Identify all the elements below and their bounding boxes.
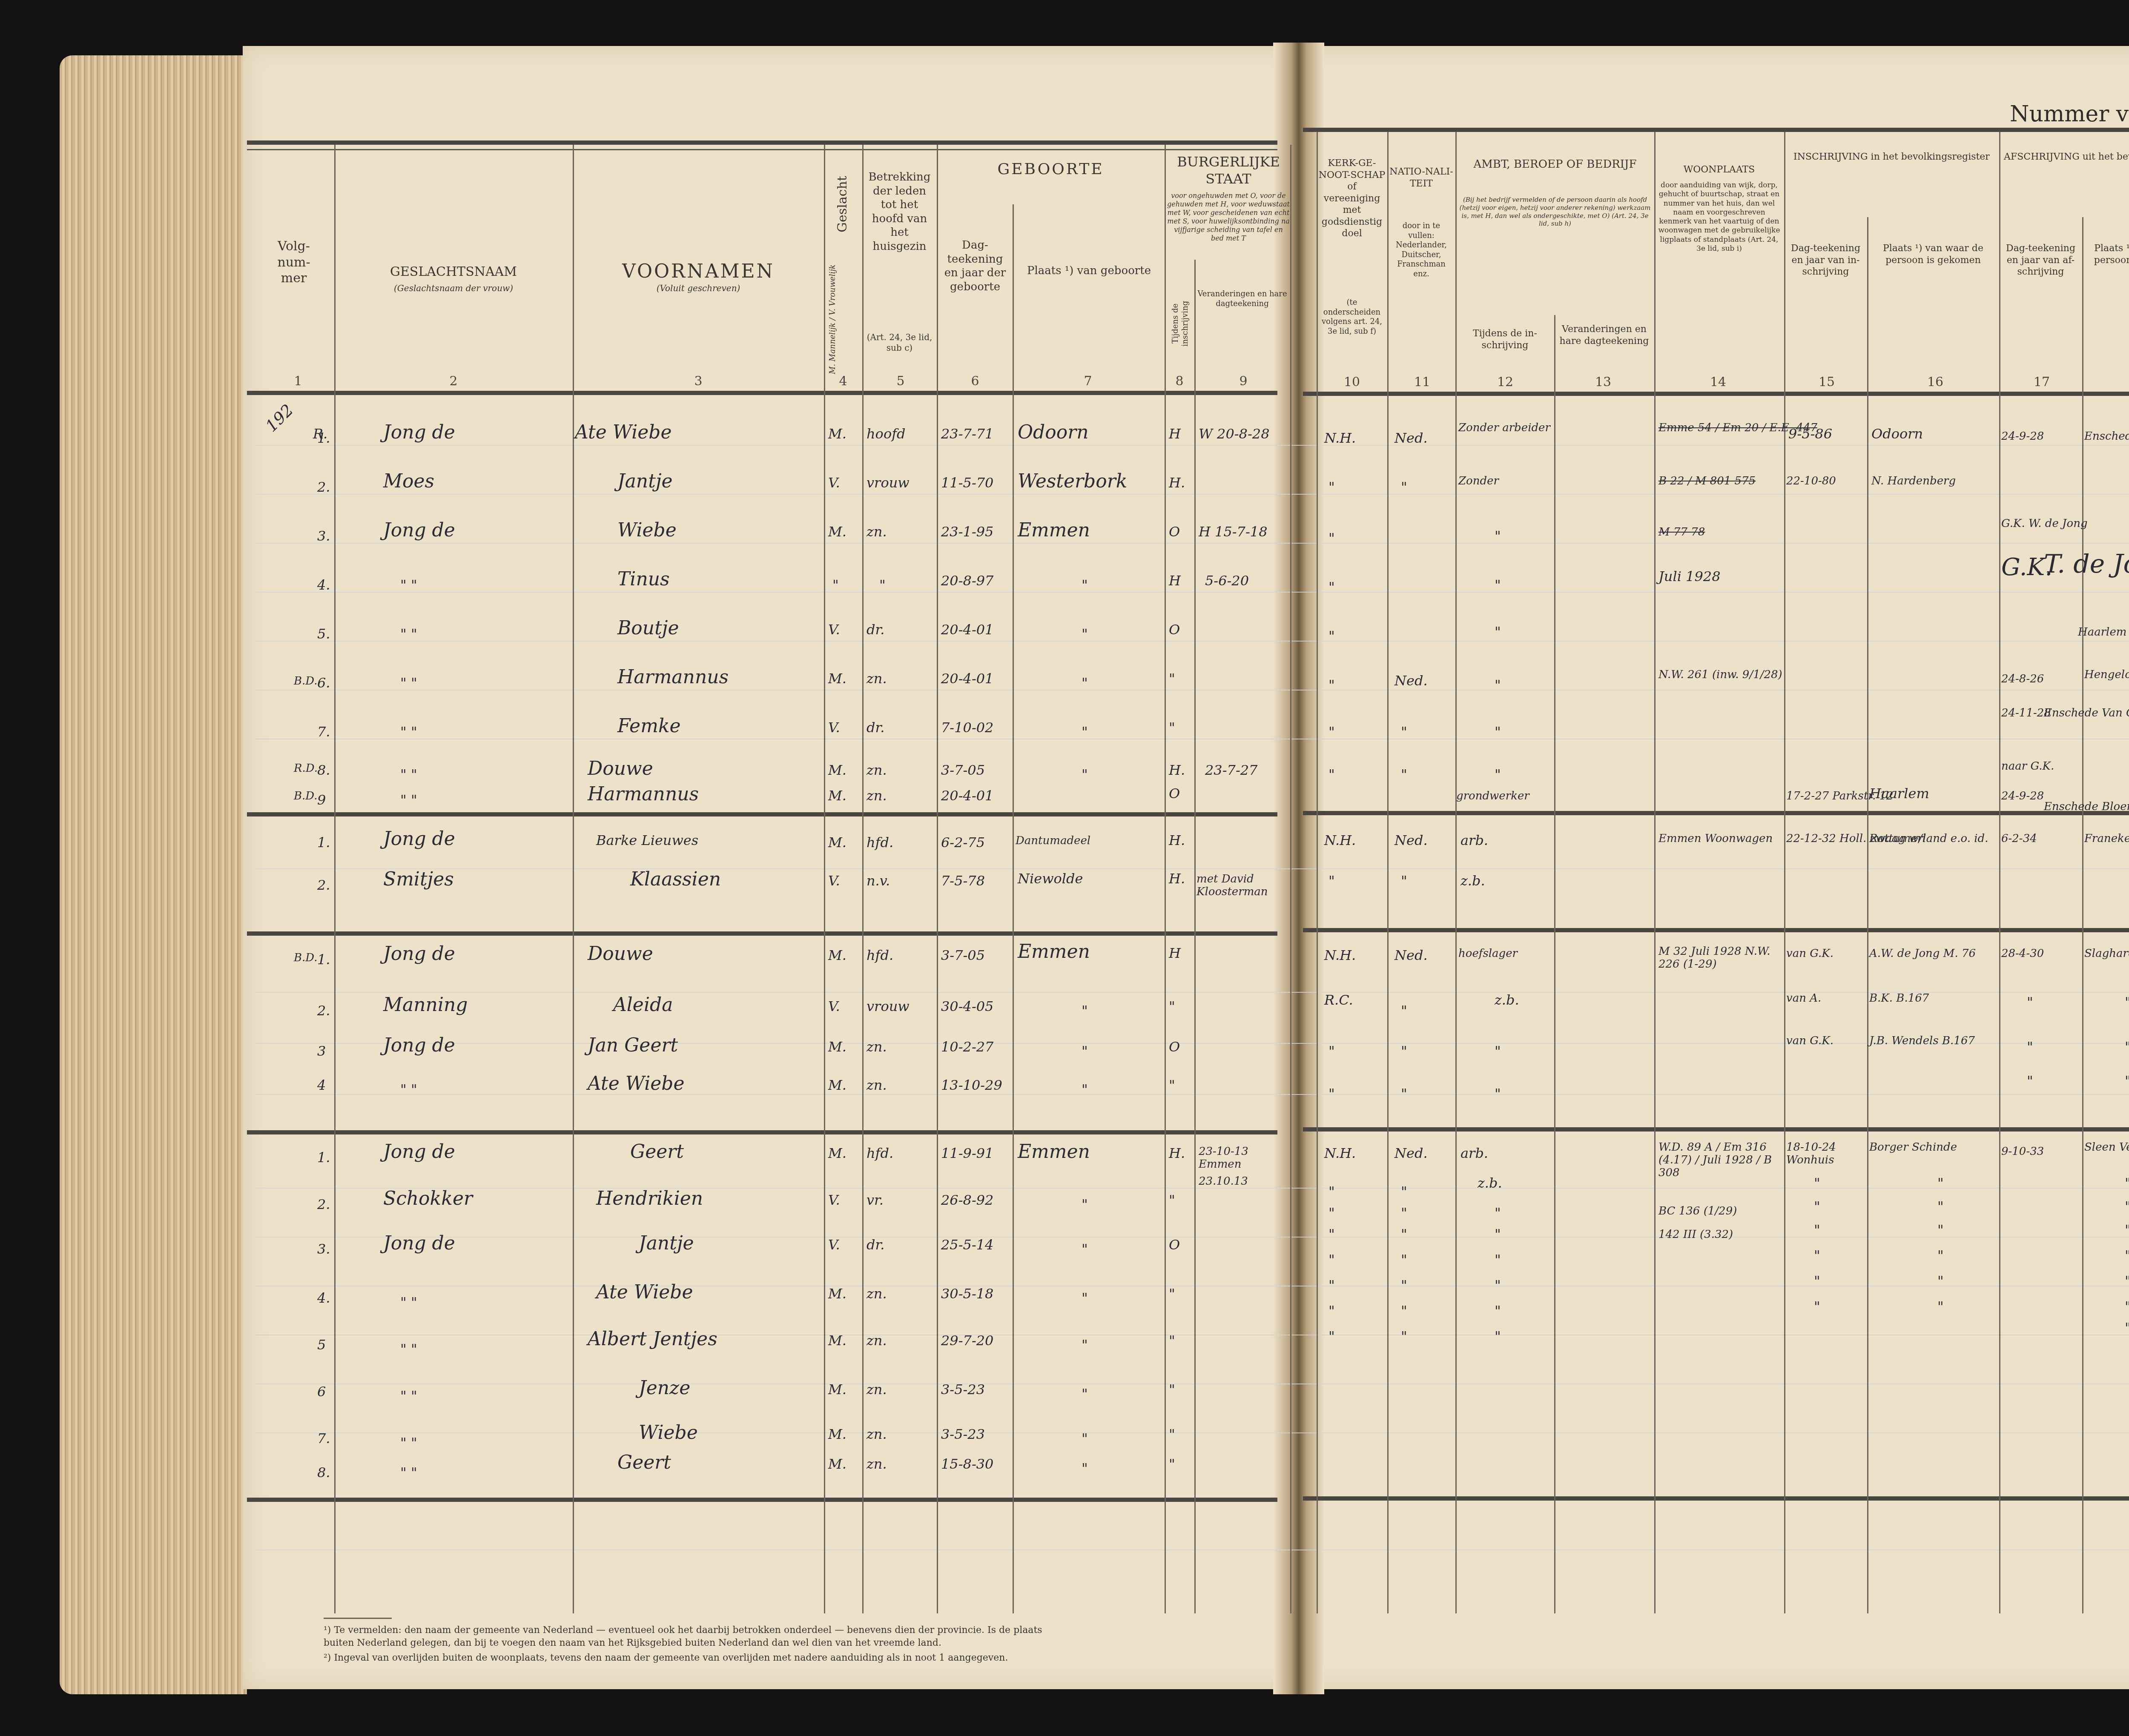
header-ambt-tijdens: Tijdens de in-schrijving: [1457, 328, 1553, 351]
surname: Jong de: [383, 943, 455, 965]
civil-status: ": [1169, 1286, 1175, 1302]
relation: zn.: [867, 1286, 887, 1302]
household-separator: [247, 931, 1277, 936]
sex: M.: [828, 1145, 846, 1161]
birth-date: 6-2-75: [941, 834, 985, 851]
occupation: ": [1495, 766, 1501, 782]
header-nationaliteit-sub: door in te vullen: Nederlander, Duitsche…: [1389, 221, 1454, 279]
surname: Jong de: [383, 1141, 455, 1163]
surname: " ": [400, 626, 417, 642]
civil-status-change: W 20-8-28: [1199, 426, 1269, 442]
church: N.H.: [1324, 1145, 1356, 1161]
nationality: ": [1401, 1277, 1407, 1293]
residence: W.D. 89 A / Em 316 (4.17) / Juli 1928 / …: [1658, 1141, 1780, 1179]
birth-date: 29-7-20: [941, 1332, 993, 1349]
registration-from: ": [1937, 1298, 1944, 1315]
ruled-line: [255, 1188, 2129, 1189]
birth-date: 23-1-95: [941, 524, 993, 540]
deregistration-to: ": [2125, 1247, 2129, 1263]
nationality: ": [1401, 873, 1407, 889]
registration-date: 9-5-86: [1788, 426, 1832, 442]
surname: Manning: [383, 994, 468, 1016]
header-top-rule-right: [1303, 128, 2129, 132]
relation: dr.: [867, 1237, 884, 1253]
church: N.H.: [1324, 832, 1356, 848]
deregistration-date: 9-10-33: [2001, 1145, 2044, 1158]
relation: hoofd: [867, 426, 905, 442]
sex: V.: [828, 622, 840, 638]
deregistration-to: T. de Jong: [2044, 549, 2129, 579]
relation: hfd.: [867, 834, 893, 851]
surname: " ": [400, 1081, 417, 1097]
deregistration-to: ": [2125, 1039, 2129, 1055]
occupation: ": [1495, 624, 1501, 640]
civil-status: H: [1169, 573, 1181, 589]
sex: V.: [828, 475, 840, 491]
church: ": [1328, 724, 1335, 740]
nationality: Ned.: [1394, 1145, 1428, 1161]
col-divider: [573, 145, 574, 1613]
nationality: Ned.: [1394, 832, 1428, 848]
deregistration-to: Enschede Bloemendaalstr. 7 Bouwwerijstr.…: [2044, 800, 2129, 813]
civil-status: H: [1169, 945, 1181, 961]
birth-date: 3-5-23: [941, 1381, 985, 1398]
birth-date: 20-8-97: [941, 573, 993, 589]
church: ": [1328, 1226, 1335, 1242]
footnote-1: ¹) Te vermelden: den naam der gemeente v…: [324, 1624, 1047, 1649]
ruled-line: [255, 1043, 2129, 1044]
church: ": [1328, 766, 1335, 782]
col-divider: [1554, 315, 1555, 1613]
birth-date: 20-4-01: [941, 788, 993, 804]
registration-from: A.W. de Jong M. 76: [1869, 947, 1993, 960]
civil-status: H.: [1169, 475, 1185, 491]
registration-from: ": [1937, 1222, 1944, 1238]
surname: Jong de: [383, 519, 455, 541]
sex: V.: [828, 998, 840, 1014]
sex: V.: [828, 1192, 840, 1208]
ruled-line: [255, 1094, 2129, 1095]
colnum-13: 13: [1592, 375, 1614, 390]
header-inschrijving-group: INSCHRIJVING in het bevolkingsregister: [1786, 151, 1997, 163]
residence: Juli 1928: [1658, 568, 1721, 584]
household-separator: [247, 1130, 1277, 1134]
header-ambt-veranderingen: Veranderingen en hare dagteekening: [1556, 324, 1652, 347]
colnum-2: 2: [445, 374, 462, 389]
birth-place: ": [1082, 1386, 1088, 1402]
header-geslachtsnaam: GESLACHTSNAAM: [336, 264, 571, 280]
registration-from: ": [1937, 1198, 1944, 1215]
birth-place: ": [1082, 1081, 1088, 1097]
deregistration-date: 24-9-28: [2001, 430, 2044, 443]
right-page: [1299, 46, 2129, 1689]
civil-status: O: [1169, 1237, 1180, 1253]
col-divider: [1867, 217, 1868, 1613]
church: ": [1328, 1205, 1335, 1221]
birth-date: 7-10-02: [941, 719, 993, 736]
civil-status: H.: [1169, 832, 1185, 848]
surname: " ": [400, 1464, 417, 1481]
civil-status: H.: [1169, 1145, 1185, 1161]
first-names: Geert: [630, 1141, 684, 1163]
header-burgerlijke-staat-group: BURGERLIJKE STAAT: [1167, 153, 1290, 187]
registration-from: B.K. B.167: [1869, 992, 1929, 1005]
ruled-line: [255, 1335, 2129, 1335]
registration-date: ": [1814, 1198, 1820, 1215]
nationality: ": [1401, 1252, 1407, 1268]
relation: vrouw: [867, 998, 910, 1014]
surname: Smitjes: [383, 868, 454, 890]
sex: V.: [828, 1237, 840, 1253]
registration-from: ": [1937, 1175, 1944, 1191]
church: ": [1328, 1328, 1335, 1344]
ruled-line: [255, 739, 2129, 739]
household-separator: [1303, 1127, 2129, 1132]
residence: BC 136 (1/29): [1658, 1205, 1737, 1217]
row-number: 8.: [317, 762, 330, 778]
birth-place: ": [1082, 1460, 1088, 1476]
col-divider: [862, 145, 864, 1613]
deregistration-to: ": [2125, 1298, 2129, 1315]
registration-date: ": [1814, 1298, 1820, 1315]
ruled-line: [255, 1384, 2129, 1384]
header-betrekking: Betrekking der leden tot het hoofd van h…: [864, 170, 935, 253]
occupation: ": [1495, 677, 1501, 693]
civil-status-change: met David Kloosterman: [1196, 873, 1290, 898]
birth-place: Emmen: [1018, 1141, 1090, 1163]
row-number: 2.: [317, 877, 330, 893]
nationality: ": [1401, 1003, 1407, 1019]
col-divider: [1290, 145, 1291, 1613]
sex: V.: [828, 719, 840, 736]
civil-status-change: 23.10.13: [1199, 1175, 1248, 1188]
first-names: Ate Wiebe: [596, 1281, 693, 1303]
birth-date: 7-5-78: [941, 873, 985, 889]
colnum-17: 17: [2031, 375, 2052, 390]
nationality: ": [1401, 1328, 1407, 1344]
registration-date: ": [1814, 1273, 1820, 1289]
deregistration-to: Enschede Bloemendaalstr. 7: [2084, 430, 2129, 443]
household-separator: [247, 1498, 1277, 1502]
deregistration-date: ": [2027, 994, 2033, 1010]
colnum-3: 3: [690, 374, 707, 389]
col-divider: [1013, 204, 1014, 1613]
birth-place: ": [1082, 724, 1088, 740]
civil-status: ": [1169, 1192, 1175, 1208]
row-number: 4.: [317, 1290, 330, 1306]
sex: M.: [828, 670, 846, 687]
occupation: z.b.: [1478, 1175, 1502, 1191]
col-divider: [937, 145, 938, 1613]
first-names: Geert: [617, 1452, 671, 1473]
occupation: ": [1495, 724, 1501, 740]
relation: hfd.: [867, 1145, 893, 1161]
civil-status-change: 23-10-13 Emmen: [1199, 1145, 1284, 1171]
col-divider: [2082, 217, 2083, 1613]
ruled-line: [255, 445, 2129, 446]
birth-date: 11-9-91: [941, 1145, 993, 1161]
birth-place: ": [1082, 626, 1088, 642]
deregistration-to: Slagharen Barnflair: [2084, 947, 2129, 960]
deregistration-date: 24-8-26: [2001, 673, 2044, 685]
registration-from: Odoorn: [1871, 426, 1923, 442]
row-number: 5: [317, 1337, 326, 1353]
first-names: Douwe: [588, 943, 653, 965]
birth-place: ": [1082, 1241, 1088, 1257]
surname: " ": [400, 1435, 417, 1451]
header-inschrijving-plaats: Plaats ¹) van waar de persoon is gekomen: [1869, 243, 1997, 266]
birth-place: ": [1082, 766, 1088, 782]
deregistration-to: ": [2125, 1073, 2129, 1089]
occupation: ": [1495, 528, 1501, 544]
household-separator: [247, 812, 1277, 816]
ruled-line: [255, 1237, 2129, 1238]
registration-from: Borger Schinde: [1869, 1141, 1993, 1154]
registration-date: ": [1814, 1175, 1820, 1191]
burgerlijke-staat-note: voor ongehuwden met O, voor de gehuwden …: [1167, 192, 1290, 243]
colnum-4: 4: [835, 374, 852, 389]
row-mark: B.D.: [294, 790, 318, 802]
first-names: Boutje: [617, 617, 679, 639]
first-names: Klaassien: [630, 868, 721, 890]
deregistration-to: Sleen Veenoord: [2084, 1141, 2129, 1154]
relation: zn.: [867, 1381, 887, 1398]
ruled-line: [255, 641, 2129, 642]
ruled-line: [255, 868, 2129, 869]
first-names: Tinus: [617, 568, 670, 590]
relation: zn.: [867, 670, 887, 687]
colnum-9: 9: [1235, 374, 1252, 389]
birth-date: 3-7-05: [941, 947, 985, 963]
household-separator: [1303, 811, 2129, 815]
surname: Jong de: [383, 421, 455, 443]
occupation: arb.: [1460, 832, 1488, 848]
header-voornamen-sub: (Voluit geschreven): [575, 283, 822, 294]
residence: B 22 / M 801 575: [1658, 475, 1756, 487]
col-divider: [1999, 132, 2000, 1613]
occupation: ": [1495, 1328, 1501, 1344]
header-voornamen: VOORNAMEN: [575, 260, 822, 283]
sex: M.: [828, 1039, 846, 1055]
civil-status: ": [1169, 1077, 1175, 1093]
deregistration-to: Haarlem Parkstr. 12: [2078, 626, 2129, 639]
surname: " ": [400, 766, 417, 782]
colnum-8: 8: [1171, 374, 1188, 389]
relation: dr.: [867, 719, 884, 736]
first-names: Femke: [617, 715, 681, 737]
birth-place: ": [1082, 1337, 1088, 1353]
birth-date: 20-4-01: [941, 670, 993, 687]
nationality: Ned.: [1394, 673, 1428, 689]
first-names: Albert Jentjes: [588, 1328, 717, 1350]
col-divider: [824, 145, 825, 1613]
occupation: z.b.: [1460, 873, 1485, 889]
birth-place: ": [1082, 1290, 1088, 1306]
surname: " ": [400, 792, 417, 808]
sex: M.: [828, 834, 846, 851]
row-number: 2.: [317, 479, 330, 495]
occupation: ": [1495, 1252, 1501, 1268]
registration-date: ": [1814, 1222, 1820, 1238]
row-number: 8.: [317, 1464, 330, 1481]
colnum-16: 16: [1925, 375, 1946, 390]
first-names: Jan Geert: [588, 1034, 678, 1056]
row-number: 1.: [317, 1149, 330, 1166]
civil-status-change: 5-6-20: [1205, 573, 1249, 589]
colnum-10: 10: [1341, 375, 1363, 390]
relation: zn.: [867, 1077, 887, 1093]
birth-date: 26-8-92: [941, 1192, 993, 1208]
col-divider: [1654, 132, 1656, 1613]
nationality: ": [1401, 724, 1407, 740]
header-woonplaats-sub: door aanduiding van wijk, dorp, gehucht …: [1656, 181, 1782, 253]
header-geboorte-plaats: Plaats ¹) van geboorte: [1016, 264, 1162, 278]
first-names: Jantje: [639, 1232, 694, 1254]
first-names: Barke Lieuwes: [596, 832, 698, 848]
first-names: Harmannus: [617, 666, 729, 688]
occupation: z.b.: [1495, 992, 1519, 1008]
civil-status: H.: [1169, 762, 1185, 778]
occupation: Zonder arbeider: [1458, 421, 1550, 434]
occupation: grondwerker: [1456, 790, 1529, 802]
header-kerkgenootschap: KERK-GE-NOOT-SCHAP of vereeniging met go…: [1318, 158, 1386, 240]
relation: zn.: [867, 1332, 887, 1349]
header-woonplaats: WOONPLAATS: [1656, 164, 1782, 176]
church: R.C.: [1324, 992, 1353, 1008]
birth-place: ": [1082, 1430, 1088, 1447]
col-divider: [1784, 132, 1785, 1613]
registration-from: ": [1937, 1247, 1944, 1263]
first-names: Wiebe: [617, 519, 677, 541]
nationality: ": [1401, 1043, 1407, 1059]
row-number: 2.: [317, 1196, 330, 1212]
birth-place: Emmen: [1018, 941, 1090, 963]
registration-from: Rottumerland e.o. id.: [1869, 832, 1988, 845]
birth-place: Emmen: [1018, 519, 1090, 541]
civil-status: H: [1169, 426, 1181, 442]
birth-date: 15-8-30: [941, 1456, 993, 1472]
civil-status: ": [1169, 1381, 1175, 1398]
surname: Jong de: [383, 1232, 455, 1254]
first-names: Ate Wiebe: [575, 421, 671, 443]
col-divider: [1165, 145, 1166, 1613]
header-afschrijving-datum: Dag-teekening en jaar van af-schrijving: [2001, 243, 2080, 278]
relation: vr.: [867, 1192, 884, 1208]
birth-place: Niewolde: [1018, 871, 1083, 887]
occupation: ": [1495, 1043, 1501, 1059]
colnum-1: 1: [290, 374, 307, 389]
occupation: Zonder: [1458, 475, 1499, 487]
deregistration-to: Enschede Van Coevordenstr. 41 Bloemendaa…: [2044, 707, 2129, 719]
sex: M.: [828, 947, 846, 963]
nationality: Ned.: [1394, 947, 1428, 963]
registration-from: Haarlem: [1869, 785, 1929, 802]
header-volgnummer: Volg- num- mer: [255, 238, 332, 286]
colnum-14: 14: [1707, 375, 1729, 390]
deregistration-to: Hengelo (N.H.) Hoffmeweg 18: [2084, 668, 2129, 681]
col-divider: [1194, 260, 1196, 1613]
church: ": [1328, 1043, 1335, 1059]
occupation: ": [1495, 1086, 1501, 1102]
header-inschrijving-datum: Dag-teekening en jaar van in-schrijving: [1786, 243, 1865, 278]
occupation: ": [1495, 1205, 1501, 1221]
surname: " ": [400, 675, 417, 691]
surname: " ": [400, 724, 417, 740]
colnum-6: 6: [967, 374, 984, 389]
header-kerkgenootschap-sub: (te onderscheiden volgens art. 24, 3e li…: [1318, 298, 1386, 336]
church: ": [1328, 530, 1335, 546]
colnum-5: 5: [892, 374, 909, 389]
birth-place: ": [1082, 675, 1088, 691]
row-mark: B.D.: [294, 675, 318, 688]
header-ambt-group: AMBT, BEROEP OF BEDRIJF: [1457, 158, 1653, 172]
ruled-line: [255, 690, 2129, 690]
occupation: ": [1495, 1226, 1501, 1242]
residence: Emmen Woonwagen: [1658, 832, 1773, 845]
church: ": [1328, 479, 1335, 495]
sex: M.: [828, 426, 846, 442]
relation: zn.: [867, 1426, 887, 1442]
birth-date: 3-5-23: [941, 1426, 985, 1442]
header-top-rule-thin: [247, 149, 1277, 150]
header-geboorte-datum: Dag-teekening en jaar der geboorte: [939, 238, 1011, 294]
civil-status: O: [1169, 1039, 1180, 1055]
footnote-rule: [324, 1618, 392, 1619]
ruled-line: [255, 1550, 2129, 1550]
nationality: ": [1401, 1226, 1407, 1242]
header-geslachtsnaam-sub: (Geslachtsnaam der vrouw): [336, 283, 571, 294]
relation: vrouw: [867, 475, 910, 491]
ruled-line: [255, 1432, 2129, 1433]
residence: M 77 78: [1658, 526, 1705, 539]
row-number: 2.: [317, 1003, 330, 1019]
civil-status: ": [1169, 1456, 1175, 1472]
household-separator: [1303, 1496, 2129, 1501]
header-top-rule: [247, 140, 1277, 145]
sex: M.: [828, 1381, 846, 1398]
registration-from: N. Hardenberg: [1871, 475, 1956, 487]
church: ": [1328, 873, 1335, 889]
nationality: ": [1401, 1086, 1407, 1102]
header-bs-tijdens: Tijdens de inschrijving: [1171, 281, 1190, 366]
relation: zn.: [867, 1039, 887, 1055]
birth-date: 25-5-14: [941, 1237, 993, 1253]
colnum-7: 7: [1079, 374, 1096, 389]
col-divider: [1317, 132, 1318, 1613]
row-number: 3.: [317, 528, 330, 544]
birth-date: 23-7-71: [941, 426, 993, 442]
occupation: hoefslager: [1458, 947, 1518, 960]
header-geslacht: Geslacht: [835, 162, 851, 247]
surname: " ": [400, 1294, 417, 1310]
row-number: 6: [317, 1384, 326, 1400]
birth-place: Westerbork: [1018, 470, 1127, 492]
deregistration-date: ": [2027, 1073, 2033, 1089]
deregistration-to: ": [2125, 1222, 2129, 1238]
surname: Jong de: [383, 828, 455, 850]
civil-status: H.: [1169, 871, 1185, 887]
row-mark: R.D.: [294, 762, 318, 775]
header-afschrijving-group: AFSCHRIJVING uit het bevolkingsregister: [2001, 151, 2129, 163]
birth-place: Odoorn: [1018, 421, 1089, 443]
surname: Jong de: [383, 1034, 455, 1056]
sheet-number-label: Nummer van het blad: [2010, 101, 2129, 127]
first-names: Jantje: [617, 470, 673, 492]
header-bottom-rule: [247, 391, 1277, 395]
row-number: 9: [317, 792, 326, 808]
church: ": [1328, 1277, 1335, 1293]
sex: M.: [828, 1332, 846, 1349]
